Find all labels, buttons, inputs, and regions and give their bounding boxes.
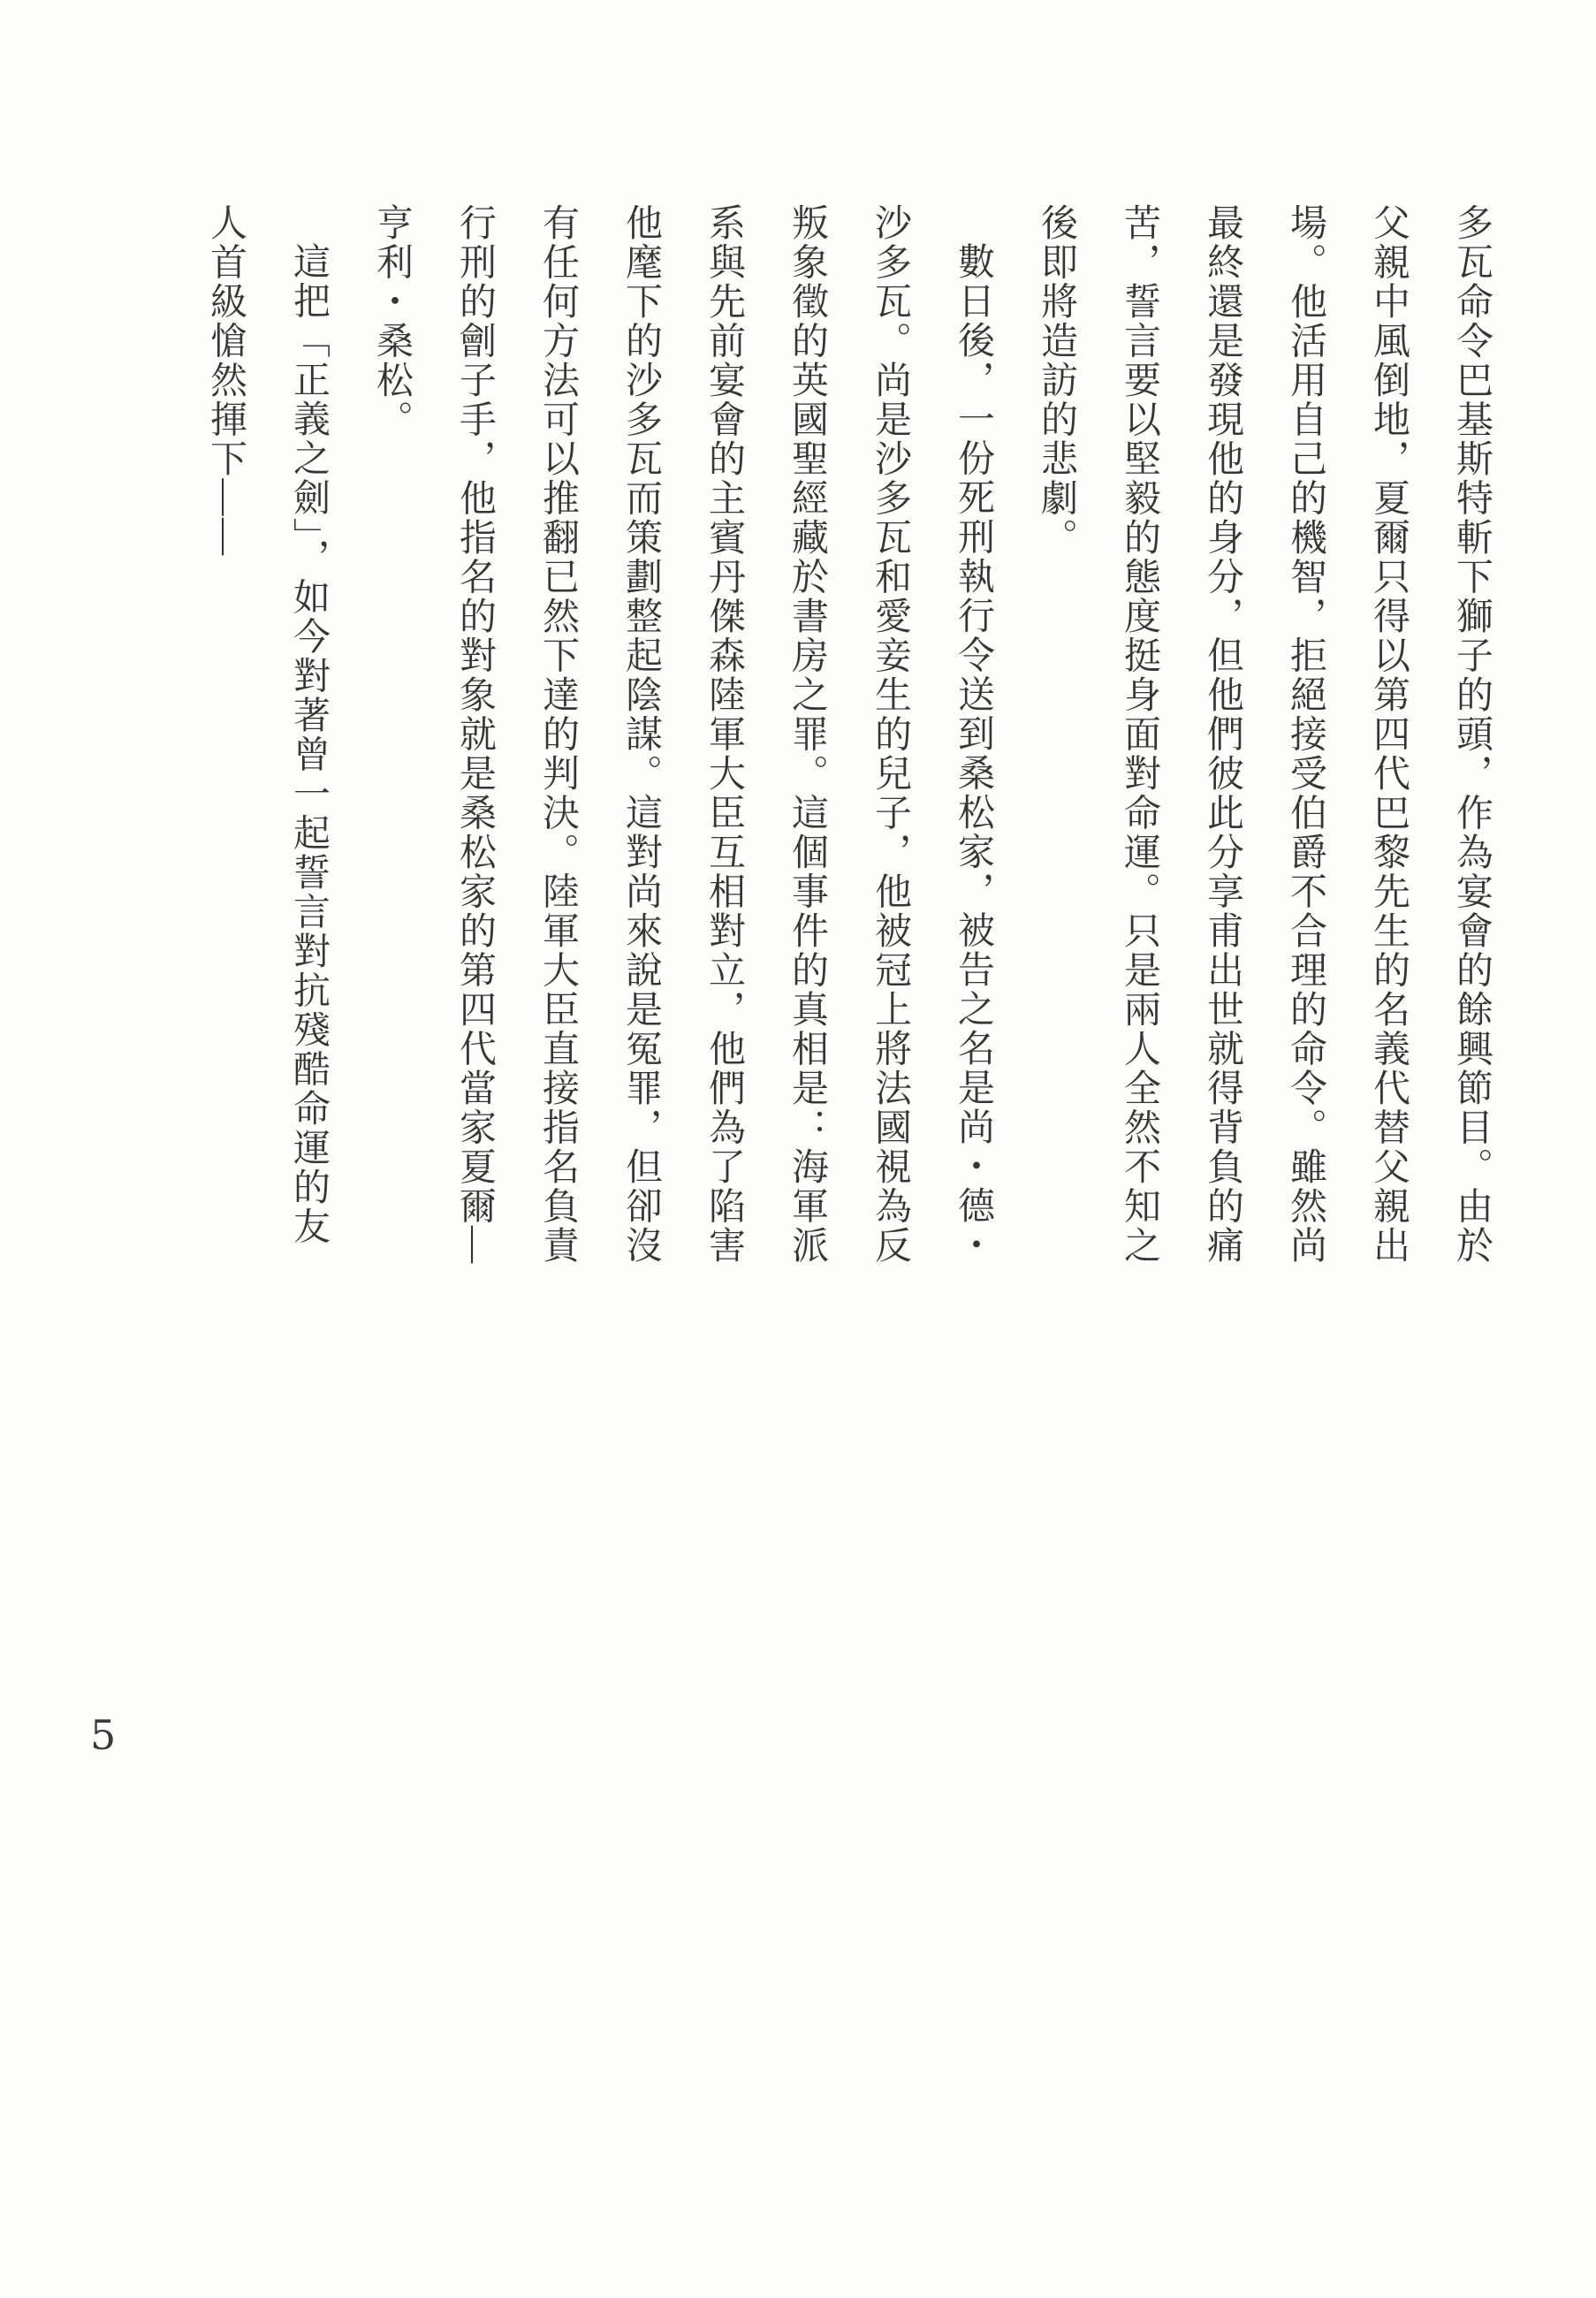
text-column-7-paragraph-start: 數日後，一份死刑執行令送到桑松家，被告之名是尚・德・	[946, 242, 999, 1265]
text-column-6: 後即將造訪的悲劇。	[1030, 203, 1083, 558]
text-column-15-paragraph-start: 這把「正義之劍」，如今對著曾一起誓言對抗殘酷命運的友	[282, 242, 335, 1246]
text-column-5: 苦，誓言要以堅毅的態度挺身面對命運。只是兩人全然不知之	[1113, 203, 1166, 1266]
text-column-12: 有任何方法可以推翻已然下達的判決。陸軍大臣直接指名負責	[531, 203, 584, 1266]
text-column-4: 最終還是發現他的身分，但他們彼此分享甫出世就得背負的痛	[1196, 203, 1249, 1266]
text-column-1: 多瓦命令巴基斯特斬下獅子的頭，作為宴會的餘興節目。由於	[1445, 203, 1498, 1266]
text-column-16: 人首級愴然揮下——	[199, 203, 252, 558]
book-page: 多瓦命令巴基斯特斬下獅子的頭，作為宴會的餘興節目。由於 父親中風倒地，夏爾只得以…	[0, 0, 1596, 2298]
text-column-13: 行刑的劊子手，他指名的對象就是桑松家的第四代當家夏爾—	[448, 203, 501, 1266]
text-column-11: 他麾下的沙多瓦而策劃整起陰謀。這對尚來說是冤罪，但卻沒	[614, 203, 667, 1266]
text-column-3: 場。他活用自己的機智，拒絕接受伯爵不合理的命令。雖然尚	[1279, 203, 1332, 1266]
page-number: 5	[90, 1711, 116, 1759]
text-column-14: 亨利・桑松。	[365, 203, 418, 439]
text-column-2: 父親中風倒地，夏爾只得以第四代巴黎先生的名義代替父親出	[1362, 203, 1415, 1266]
text-column-9: 叛象徵的英國聖經藏於書房之罪。這個事件的真相是：海軍派	[780, 203, 833, 1266]
text-column-10: 系與先前宴會的主賓丹傑森陸軍大臣互相對立，他們為了陷害	[697, 203, 750, 1266]
text-column-8: 沙多瓦。尚是沙多瓦和愛妾生的兒子，他被冠上將法國視為反	[863, 203, 916, 1266]
